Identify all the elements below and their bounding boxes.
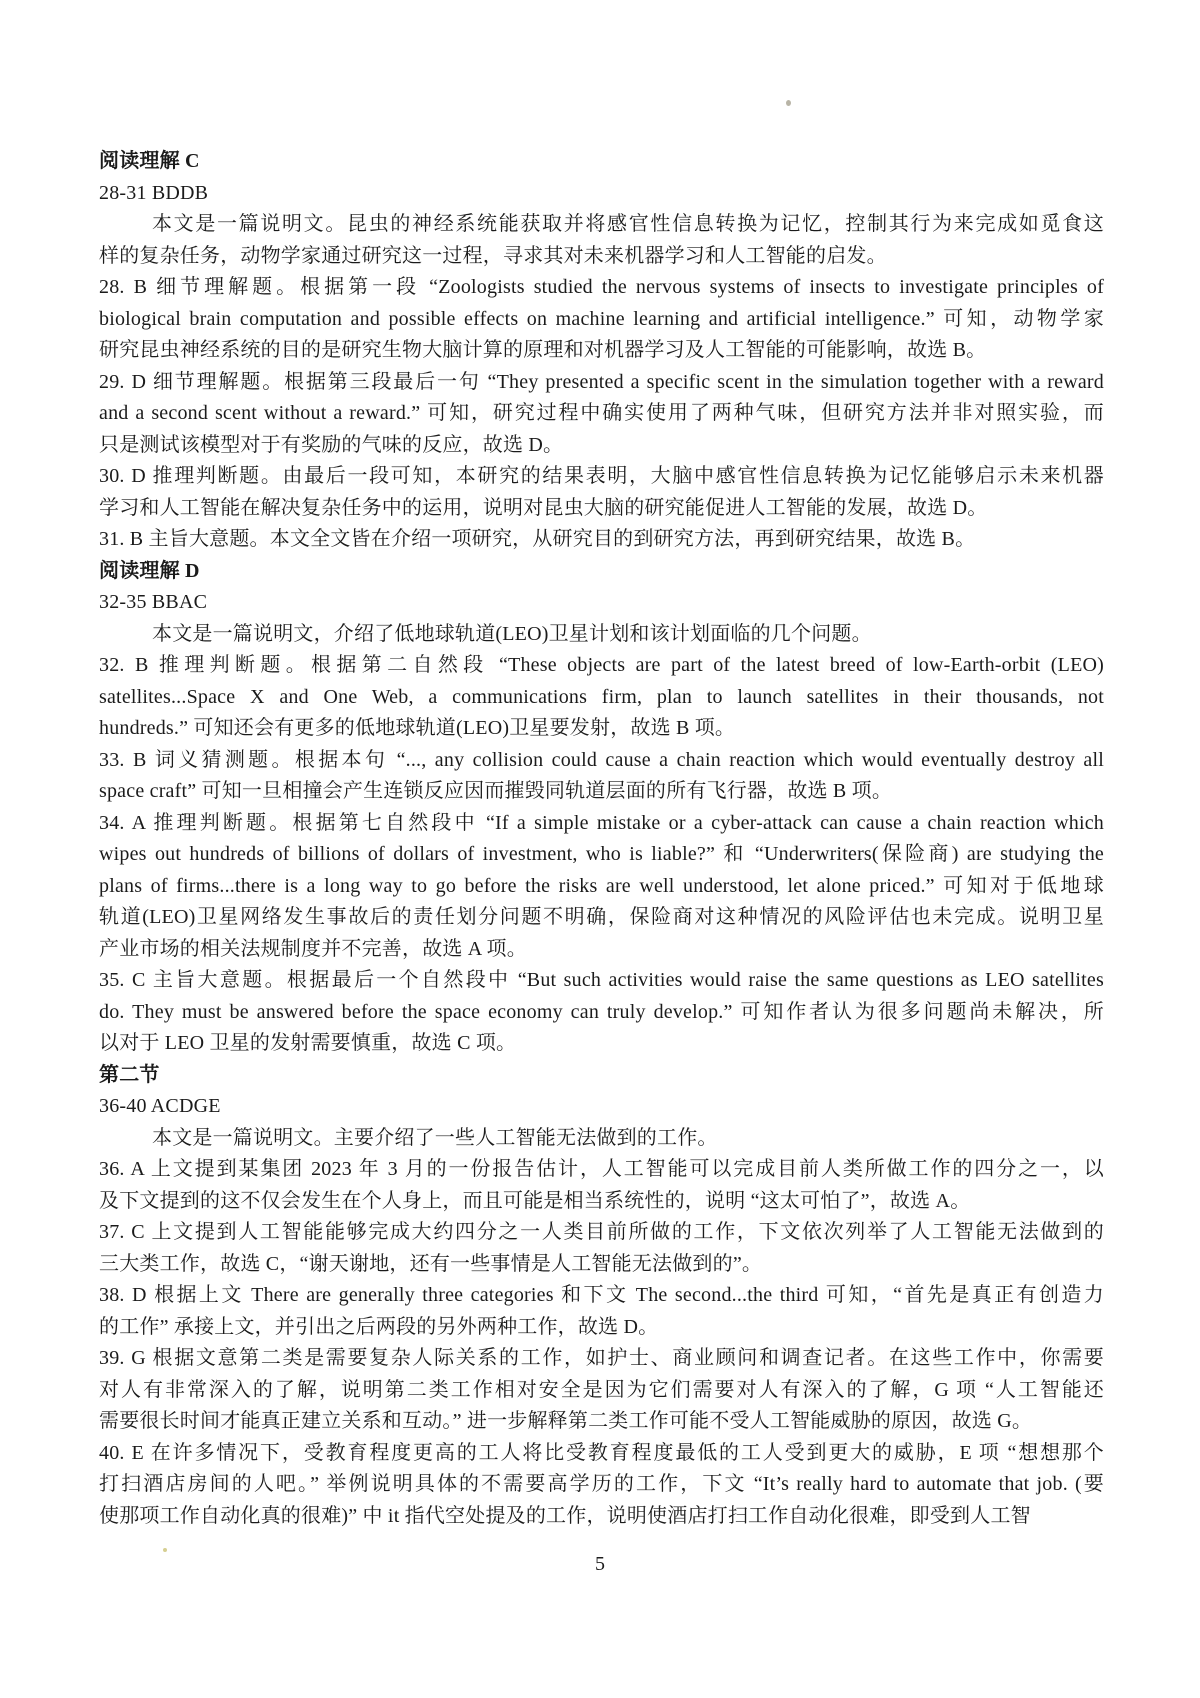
text-line: and a second scent without a reward.” 可知… (99, 398, 1104, 430)
text-line: 本文是一篇说明文。昆虫的神经系统能获取并将感官性信息转换为记忆，控制其行为来完成… (99, 209, 1104, 241)
text-line: 40. E 在许多情况下，受教育程度更高的工人将比受教育程度最低的工人受到更大的… (99, 1438, 1104, 1470)
text-line: 29. D 细节理解题。根据第三段最后一句 “They presented a … (99, 367, 1104, 399)
text-line: 三大类工作，故选 C，“谢天谢地，还有一些事情是人工智能无法做到的”。 (99, 1249, 1104, 1281)
text-line: 轨道(LEO)卫星网络发生事故后的责任划分问题不明确，保险商对这种情况的风险评估… (99, 902, 1104, 934)
text-line: wipes out hundreds of billions of dollar… (99, 839, 1104, 871)
text-line: 使那项工作自动化真的很难)” 中 it 指代空处提及的工作，说明使酒店打扫工作自… (99, 1501, 1104, 1533)
answer-key-line: 32-35 BBAC (99, 587, 1104, 619)
text-line: 36. A 上文提到某集团 2023 年 3 月的一份报告估计，人工智能可以完成… (99, 1154, 1104, 1186)
text-line: biological brain computation and possibl… (99, 304, 1104, 336)
text-line: 37. C 上文提到人工智能能够完成大约四分之一人类目前所做的工作，下文依次列举… (99, 1217, 1104, 1249)
text-line: space craft” 可知一旦相撞会产生连锁反应因而摧毁同轨道层面的所有飞行… (99, 776, 1104, 808)
scan-speck-top (786, 100, 791, 106)
text-line: 31. B 主旨大意题。本文全文皆在介绍一项研究，从研究目的到研究方法，再到研究… (99, 524, 1104, 556)
text-line: 33. B 词义猜测题。根据本句 “..., any collision cou… (99, 745, 1104, 777)
text-line: 34. A 推理判断题。根据第七自然段中 “If a simple mistak… (99, 808, 1104, 840)
page-number: 5 (0, 1549, 1200, 1581)
answer-section: 阅读理解 C 28-31 BDDB 本文是一篇说明文。昆虫的神经系统能获取并将感… (99, 146, 1104, 556)
text-line: 35. C 主旨大意题。根据最后一个自然段中 “But such activit… (99, 965, 1104, 997)
answer-section: 第二节 36-40 ACDGE 本文是一篇说明文。主要介绍了一些人工智能无法做到… (99, 1060, 1104, 1533)
text-line: 28. B 细节理解题。根据第一段 “Zoologists studied th… (99, 272, 1104, 304)
section-heading: 阅读理解 D (99, 556, 1104, 588)
text-line: 32. B 推理判断题。根据第二自然段 “These objects are p… (99, 650, 1104, 682)
section-heading: 第二节 (99, 1060, 1104, 1092)
text-line: 样的复杂任务，动物学家通过研究这一过程，寻求其对未来机器学习和人工智能的启发。 (99, 241, 1104, 273)
text-line: satellites...Space X and One Web, a comm… (99, 682, 1104, 714)
text-line: 只是测试该模型对于有奖励的气味的反应，故选 D。 (99, 430, 1104, 462)
text-line: 本文是一篇说明文，介绍了低地球轨道(LEO)卫星计划和该计划面临的几个问题。 (99, 619, 1104, 651)
text-line: do. They must be answered before the spa… (99, 997, 1104, 1029)
text-line: 及下文提到的这不仅会发生在个人身上，而且可能是相当系统性的，说明 “这太可怕了”… (99, 1186, 1104, 1218)
text-line: 39. G 根据文意第二类是需要复杂人际关系的工作，如护士、商业顾问和调查记者。… (99, 1343, 1104, 1375)
text-line: plans of firms...there is a long way to … (99, 871, 1104, 903)
document-page: 阅读理解 C 28-31 BDDB 本文是一篇说明文。昆虫的神经系统能获取并将感… (0, 0, 1200, 1698)
answer-key-line: 36-40 ACDGE (99, 1091, 1104, 1123)
answer-key-content: 阅读理解 C 28-31 BDDB 本文是一篇说明文。昆虫的神经系统能获取并将感… (99, 146, 1104, 1532)
text-line: 的工作” 承接上文，并引出之后两段的另外两种工作，故选 D。 (99, 1312, 1104, 1344)
answer-section: 阅读理解 D 32-35 BBAC 本文是一篇说明文，介绍了低地球轨道(LEO)… (99, 556, 1104, 1060)
text-line: 对人有非常深入的了解，说明第二类工作相对安全是因为它们需要对人有深入的了解，G … (99, 1375, 1104, 1407)
text-line: 本文是一篇说明文。主要介绍了一些人工智能无法做到的工作。 (99, 1123, 1104, 1155)
text-line: 以对于 LEO 卫星的发射需要慎重，故选 C 项。 (99, 1028, 1104, 1060)
scan-speck-bottom (163, 1548, 167, 1552)
text-line: 打扫酒店房间的人吧。” 举例说明具体的不需要高学历的工作，下文 “It’s re… (99, 1469, 1104, 1501)
text-line: 研究昆虫神经系统的目的是研究生物大脑计算的原理和对机器学习及人工智能的可能影响，… (99, 335, 1104, 367)
text-line: 学习和人工智能在解决复杂任务中的运用，说明对昆虫大脑的研究能促进人工智能的发展，… (99, 493, 1104, 525)
answer-key-line: 28-31 BDDB (99, 178, 1104, 210)
text-line: 需要很长时间才能真正建立关系和互动。” 进一步解释第二类工作可能不受人工智能威胁… (99, 1406, 1104, 1438)
text-line: hundreds.” 可知还会有更多的低地球轨道(LEO)卫星要发射，故选 B … (99, 713, 1104, 745)
text-line: 38. D 根据上文 There are generally three cat… (99, 1280, 1104, 1312)
text-line: 产业市场的相关法规制度并不完善，故选 A 项。 (99, 934, 1104, 966)
section-heading: 阅读理解 C (99, 146, 1104, 178)
text-line: 30. D 推理判断题。由最后一段可知，本研究的结果表明，大脑中感官性信息转换为… (99, 461, 1104, 493)
